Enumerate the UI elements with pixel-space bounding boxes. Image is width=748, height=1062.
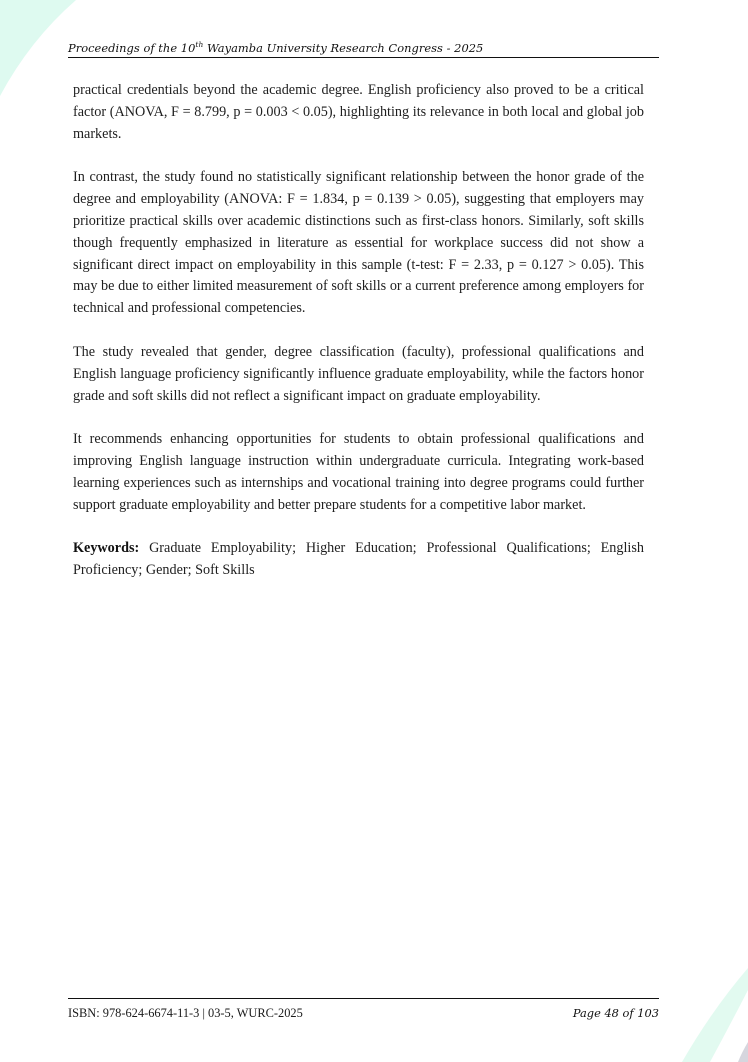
bottom-right-gray-swoosh [738, 1042, 748, 1062]
paragraph-recommendations: It recommends enhancing opportunities fo… [73, 429, 644, 516]
paragraph-nonsignificant-factors: In contrast, the study found no statisti… [73, 167, 644, 320]
footer-page-number: Page 48 of 103 [573, 1006, 659, 1020]
bottom-right-green-swoosh [682, 968, 748, 1062]
paragraph-conclusion: The study revealed that gender, degree c… [73, 342, 644, 407]
running-header: Proceedings of the 10th Wayamba Universi… [68, 37, 659, 58]
paragraph-results-continued: practical credentials beyond the academi… [73, 80, 644, 145]
top-left-green-swoosh [0, 0, 76, 96]
running-footer: ISBN: 978-624-6674-11-3 | 03-5, WURC-202… [68, 998, 659, 1023]
page-body: practical credentials beyond the academi… [73, 80, 644, 581]
footer-isbn: ISBN: 978-624-6674-11-3 | 03-5, WURC-202… [68, 1006, 303, 1021]
keywords: Keywords: Graduate Employability; Higher… [73, 537, 644, 581]
keywords-list: Graduate Employability; Higher Education… [73, 540, 644, 578]
keywords-label: Keywords: [73, 540, 139, 556]
header-title: Proceedings of the 10th Wayamba Universi… [68, 41, 483, 55]
